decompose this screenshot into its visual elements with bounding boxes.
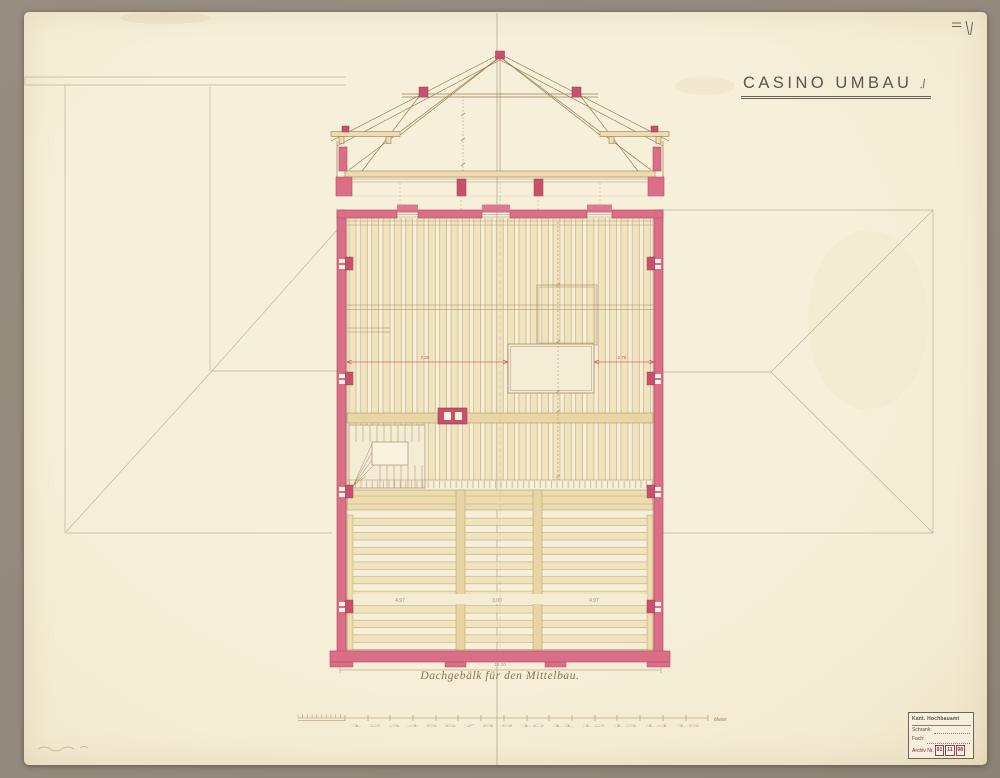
drawing-title: CASINO UMBAU./: [741, 74, 931, 99]
stamp-archive-row: Archiv Nr. 01 11 08: [912, 745, 971, 757]
stamp-fach-label: Fach:: [912, 735, 925, 745]
bay-dimension-middle: 3.00: [492, 598, 502, 604]
corner-pencil-marks-icon: [952, 21, 973, 35]
chimney: [438, 408, 467, 424]
stamp-schrank-row: Schrank:: [912, 726, 971, 736]
scale-bar: 1 2 3 4 5 6 7 8 9 10 11 12 13 14 15 Mete…: [298, 715, 727, 729]
truss-section: [331, 51, 669, 210]
lower-binder-left: [456, 490, 465, 650]
lower-binder-right: [533, 490, 542, 650]
bay-dimension-right: 4.97: [589, 598, 599, 604]
stamp-archive-number-1: 01: [935, 745, 945, 757]
red-dimension-left: 7.20: [421, 355, 430, 360]
title-flourish: ./: [918, 77, 927, 92]
overall-width-dimension: 14.10: [494, 662, 506, 667]
stamp-archive-number-3: 08: [956, 745, 966, 757]
tie-beam: [345, 171, 655, 177]
stamp-office-line: Kant. Hochbauamt: [912, 715, 971, 726]
stamp-archive-label: Archiv Nr.: [912, 747, 934, 757]
stamp-fach-row: Fach:: [912, 735, 971, 745]
floor-plan: 7.20 2.70 4.97 3.00 4.97 14.10: [330, 196, 670, 673]
scale-bar-unit-label: Meter: [714, 717, 727, 723]
staircase: [349, 425, 425, 488]
scale-bar-numbers: 1 2 3 4 5 6 7 8 9 10 11 12 13 14 15: [350, 723, 704, 728]
stamp-archive-number-2: 11: [945, 745, 954, 757]
stamp-schrank-label: Schrank:: [912, 726, 932, 736]
bay-dimension-left: 4.97: [395, 598, 405, 604]
archive-stamp: Kant. Hochbauamt Schrank: Fach: Archiv N…: [908, 712, 974, 759]
central-opening: [508, 344, 594, 393]
drawing-linework: 7.20 2.70 4.97 3.00 4.97 14.10 1 2 3 4 5…: [0, 0, 1000, 778]
red-dimension-right: 2.70: [618, 355, 627, 360]
title-text: CASINO UMBAU: [743, 74, 912, 92]
roof-outline-left-wing: [25, 77, 346, 533]
pencil-note: [38, 747, 88, 752]
drawing-caption: Dachgebälk für den Mittelbau.: [380, 670, 620, 682]
